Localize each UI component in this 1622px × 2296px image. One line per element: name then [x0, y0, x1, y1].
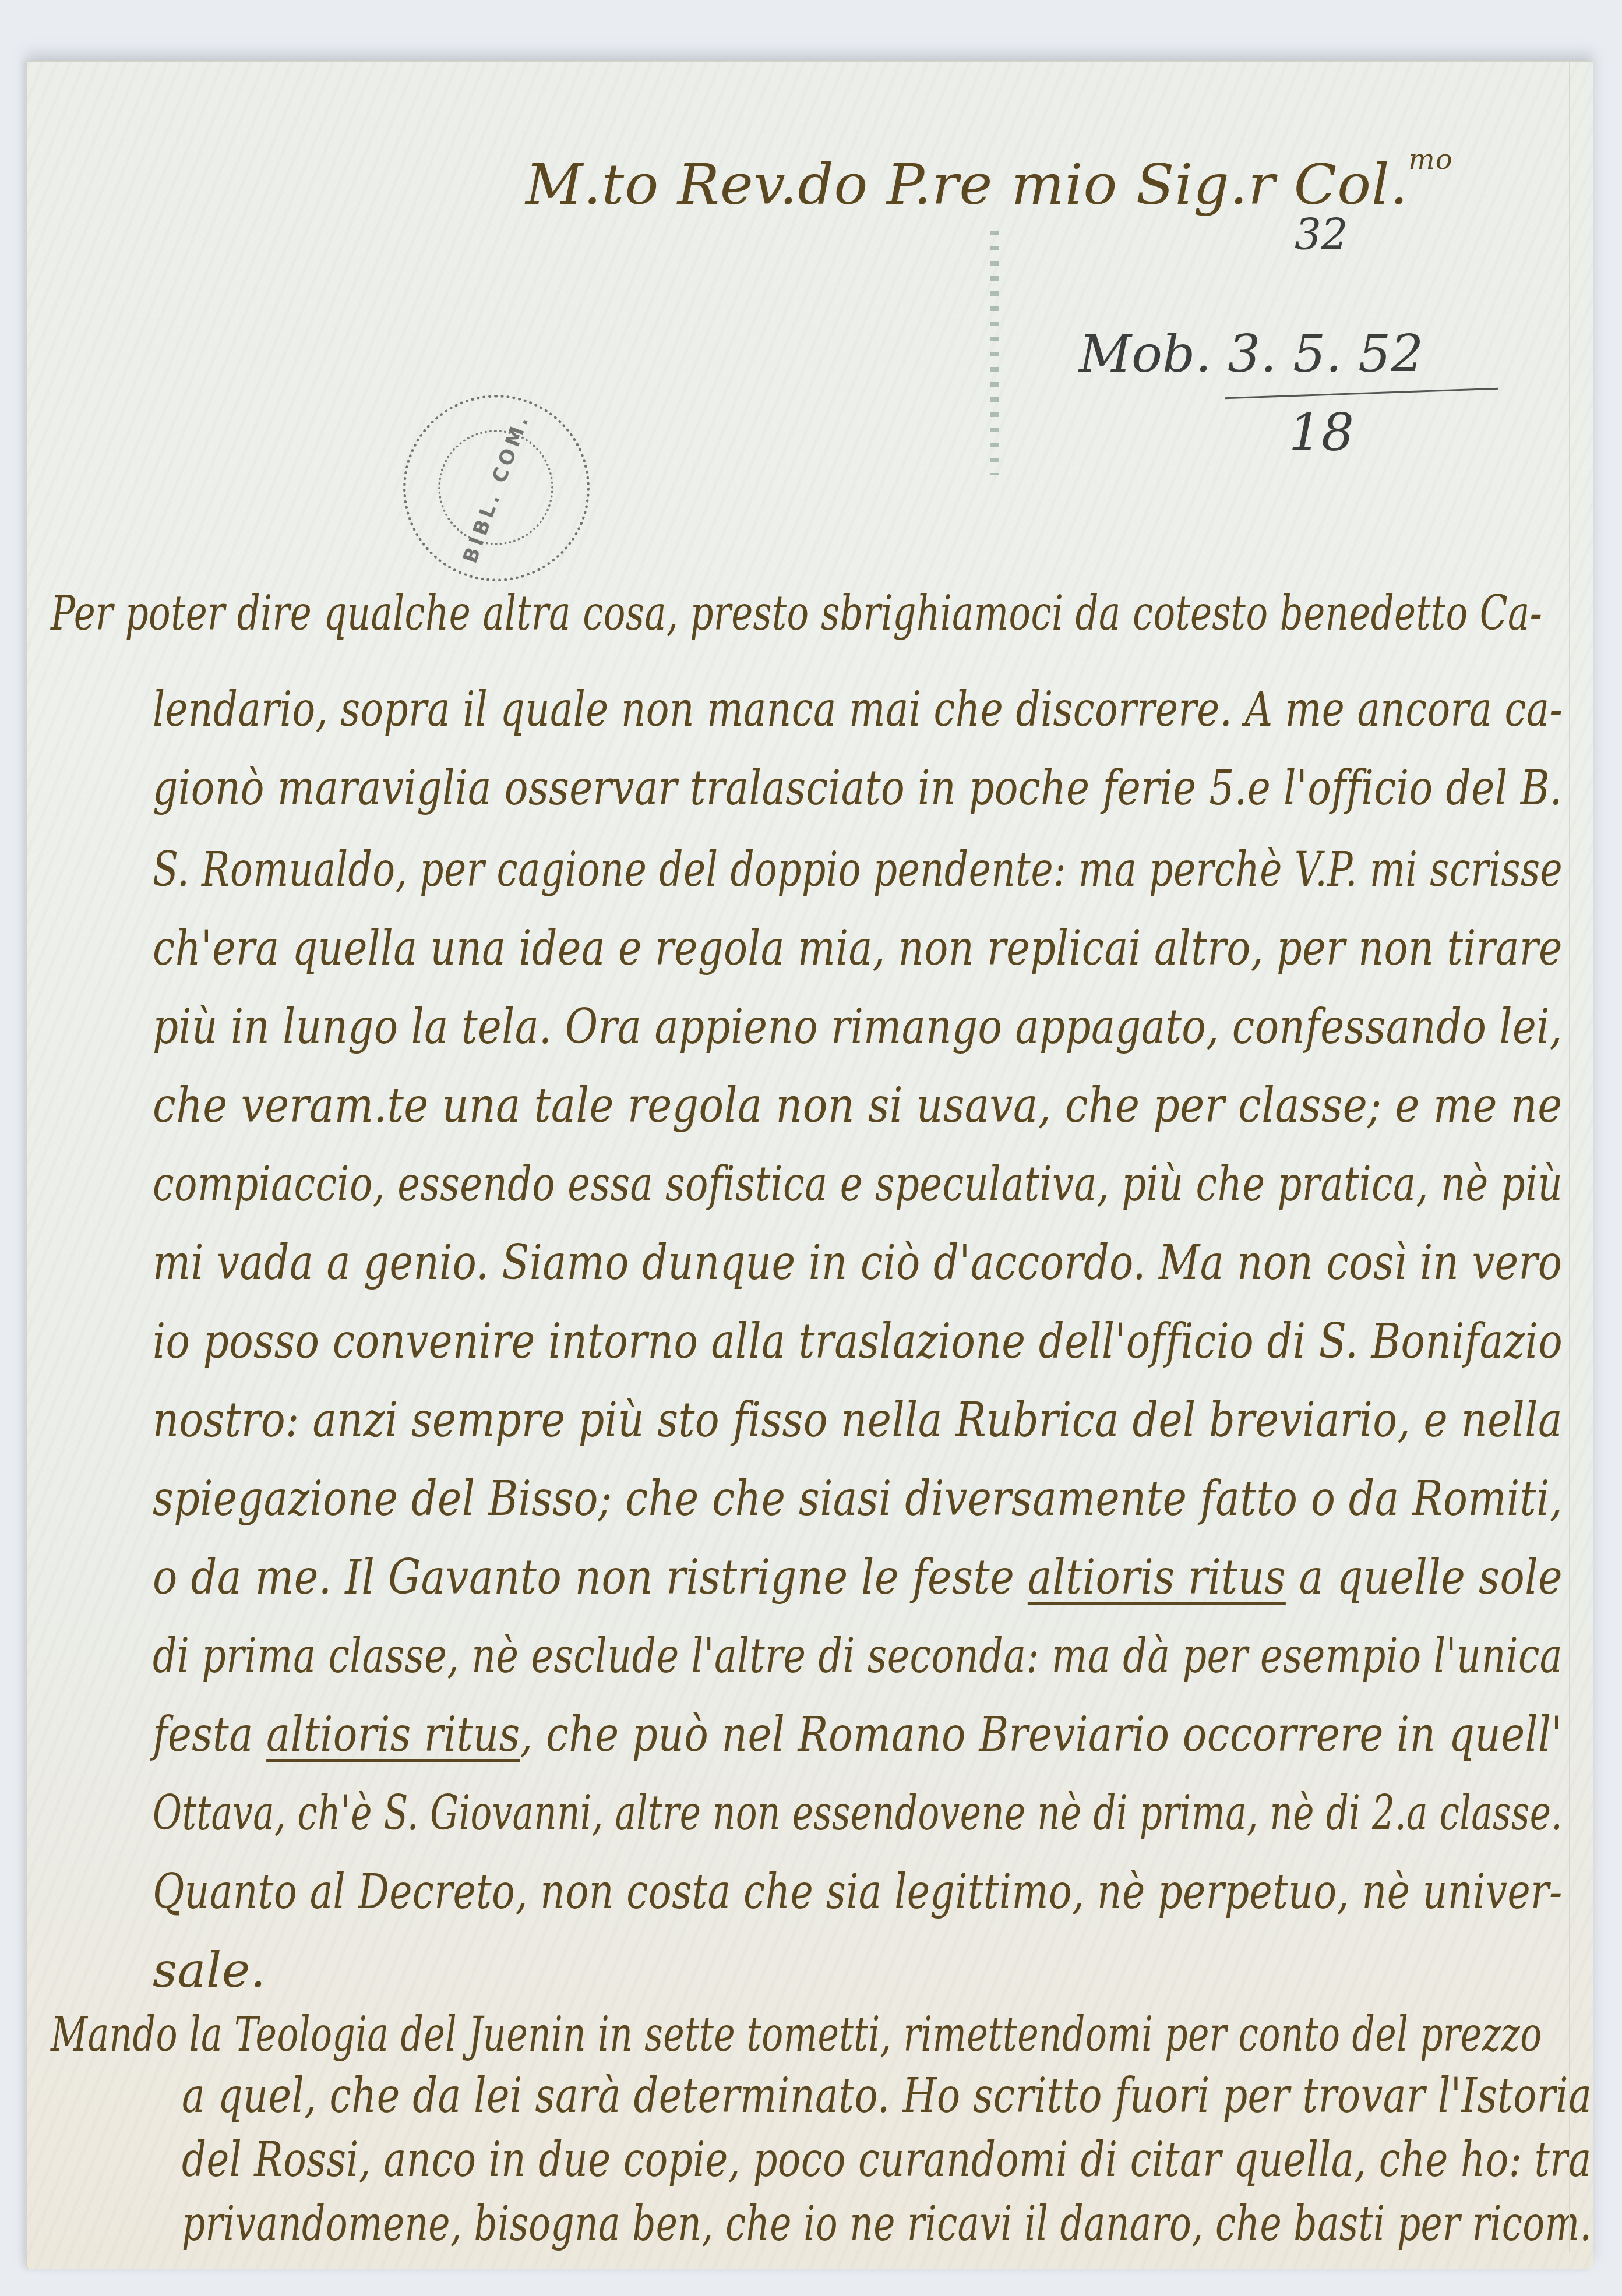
body-line: gionò maraviglia osservar tralasciato in…	[153, 761, 1563, 816]
body-line: più in lungo la tela. Ora appieno rimang…	[153, 999, 1563, 1055]
body-line: che veram.te una tale regola non si usav…	[153, 1078, 1563, 1133]
salutation-text: M.to Rev.do P.re mio Sig.r Col.	[526, 152, 1408, 217]
body-line: di prima classe, nè esclude l'altre di s…	[153, 1629, 1563, 1684]
body-line: festa altioris ritus, che può nel Romano…	[153, 1707, 1563, 1762]
library-stamp-icon: BIBL. COM.	[403, 395, 590, 581]
body-line: Ottava, ch'è S. Giovanni, altre non esse…	[153, 1786, 1563, 1841]
underlined-phrase: altioris ritus	[1028, 1550, 1286, 1605]
body-line: nostro: anzi sempre più sto fisso nella …	[153, 1393, 1563, 1448]
manuscript-page: M.to Rev.do P.re mio Sig.r Col.mo 32 Mob…	[26, 61, 1593, 2269]
stamp-text: BIBL. COM.	[380, 372, 612, 603]
body-line: ch'era quella una idea e regola mia, non…	[153, 921, 1563, 976]
body-line: S. Romualdo, per cagione del doppio pend…	[153, 842, 1563, 898]
folio-number: 32	[1295, 210, 1348, 259]
salutation-heading: M.to Rev.do P.re mio Sig.r Col.mo	[526, 143, 1453, 217]
body-line: compiaccio, essendo essa sofistica e spe…	[153, 1157, 1563, 1212]
body-line: spiegazione del Bisso; che che siasi div…	[153, 1471, 1563, 1527]
body-line: sale.	[153, 1943, 266, 1998]
body-line: mi vada a genio. Siamo dunque in ciò d'a…	[153, 1235, 1563, 1291]
shelfmark: Mob. 3. 5. 52	[1079, 324, 1423, 384]
body-line: lendario, sopra il quale non manca mai c…	[153, 682, 1563, 737]
body-line: Quanto al Decreto, non costa che sia leg…	[153, 1864, 1563, 1920]
shelfmark-divider	[1225, 388, 1498, 399]
body-line: io posso convenire intorno alla traslazi…	[153, 1314, 1563, 1369]
green-ink-marks	[971, 231, 1018, 475]
body-line: privandomene, bisogna ben, che io ne ric…	[182, 2196, 1592, 2252]
shelfmark-sub-number: 18	[1289, 402, 1354, 462]
body-line: a quel, che da lei sarà determinato. Ho …	[182, 2068, 1592, 2124]
salutation-superscript: mo	[1408, 143, 1452, 176]
body-line: Per poter dire qualche altra cosa, prest…	[51, 586, 1542, 641]
body-line: o da me. Il Gavanto non ristrigne le fes…	[153, 1550, 1563, 1605]
underlined-phrase: altioris ritus	[266, 1707, 520, 1762]
body-line: Mando la Teologia del Juenin in sette to…	[51, 2007, 1542, 2062]
body-line: del Rossi, anco in due copie, poco curan…	[182, 2132, 1592, 2188]
